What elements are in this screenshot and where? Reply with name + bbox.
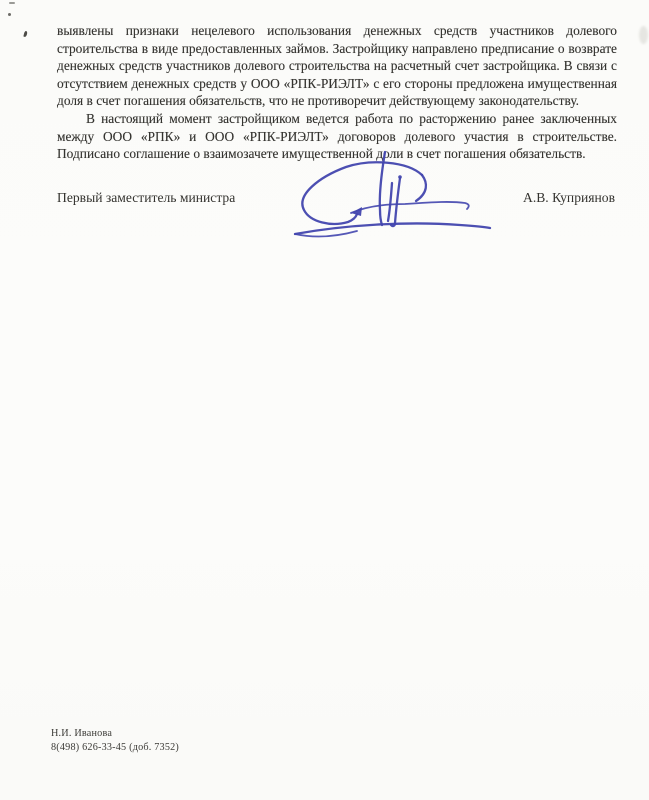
scan-artifact-edge-smudge (639, 26, 648, 44)
document-page: выявлены признаки нецелевого использован… (0, 0, 649, 800)
text-line: В настоящий момент застройщиком ведется … (57, 110, 617, 128)
handwritten-signature-icon (285, 148, 500, 243)
text-line: между ООО «РПК» и ООО «РПК-РИЭЛТ» догово… (57, 128, 617, 146)
executor-phone: 8(498) 626-33-45 (доб. 7352) (51, 741, 179, 755)
scan-artifact-comma (23, 31, 27, 38)
text-line: выявлены признаки нецелевого использован… (57, 22, 617, 40)
signatory-position-title: Первый заместитель министра (57, 190, 235, 206)
body-text: выявлены признаки нецелевого использован… (57, 22, 617, 163)
text-line: отсутствием денежных средств у ООО «РПК-… (57, 75, 617, 93)
body-paragraph: выявлены признаки нецелевого использован… (57, 22, 617, 110)
text-line: доля в счет погашения обязательств, что … (57, 92, 617, 110)
executor-name: Н.И. Иванова (51, 727, 179, 741)
scan-artifact-dash (9, 2, 15, 4)
text-line: строительства в виде предоставленных зай… (57, 40, 617, 58)
scan-artifact-dot (8, 13, 11, 16)
signatory-name: А.В. Куприянов (523, 190, 615, 206)
executor-footer: Н.И. Иванова 8(498) 626-33-45 (доб. 7352… (51, 727, 179, 754)
text-line: денежных средств участников долевого стр… (57, 57, 617, 75)
